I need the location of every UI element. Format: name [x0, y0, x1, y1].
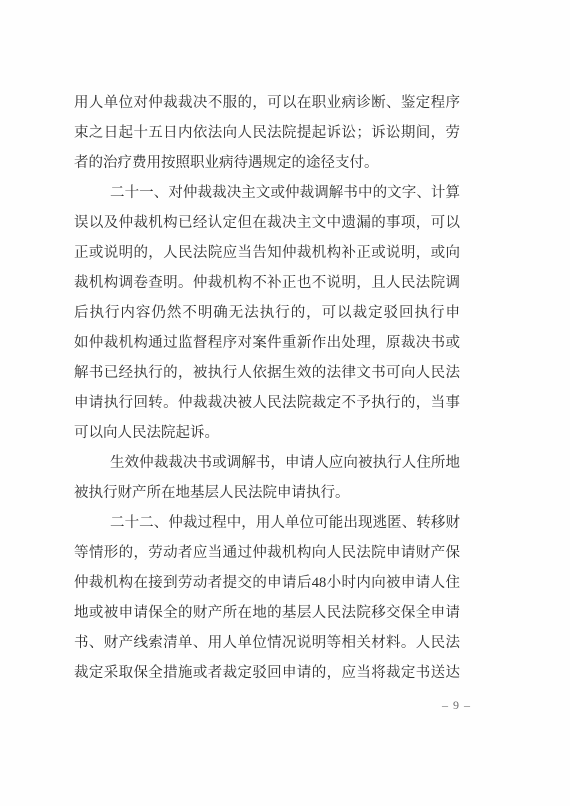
- page-number: – 9 –: [442, 697, 471, 713]
- text-line: 者的治疗费用按照职业病待遇规定的途径支付。: [74, 148, 460, 178]
- text-line: 正或说明的，人民法院应当告知仲裁机构补正或说明，或向仲: [74, 238, 460, 268]
- text-line: 后执行内容仍然不明确无法执行的，可以裁定驳回执行申请。: [74, 298, 460, 328]
- text-line: 申请执行回转。仲裁裁决被人民法院裁定不予执行的，当事人: [74, 388, 460, 418]
- text-line: 裁机构调卷查明。仲裁机构不补正也不说明，且人民法院调卷: [74, 268, 460, 298]
- document-page: 用人单位对仲裁裁决不服的，可以在职业病诊断、鉴定程序结 束之日起十五日内依法向人…: [0, 0, 570, 806]
- document-body: 用人单位对仲裁裁决不服的，可以在职业病诊断、鉴定程序结 束之日起十五日内依法向人…: [74, 88, 460, 688]
- text-line: 用人单位对仲裁裁决不服的，可以在职业病诊断、鉴定程序结: [74, 88, 460, 118]
- text-line: 可以向人民法院起诉。: [74, 418, 460, 448]
- text-line: 如仲裁机构通过监督程序对案件重新作出处理，原裁决书或调: [74, 328, 460, 358]
- text-line: 书、财产线索清单、用人单位情况说明等相关材料。人民法院: [74, 628, 460, 658]
- text-line: 生效仲裁裁决书或调解书，申请人应向被执行人住所地或: [74, 448, 460, 478]
- text-line: 束之日起十五日内依法向人民法院提起诉讼；诉讼期间，劳动: [74, 118, 460, 148]
- text-line: 二十二、仲裁过程中，用人单位可能出现逃匿、转移财产: [74, 508, 460, 538]
- text-line: 被执行财产所在地基层人民法院申请执行。: [74, 478, 460, 508]
- text-line: 等情形的，劳动者应当通过仲裁机构向人民法院申请财产保全，: [74, 538, 460, 568]
- text-line: 地或被申请保全的财产所在地的基层人民法院移交保全申请: [74, 598, 460, 628]
- text-line: 解书已经执行的，被执行人依据生效的法律文书可向人民法院: [74, 358, 460, 388]
- text-line: 裁定采取保全措施或者裁定驳回申请的，应当将裁定书送达当: [74, 658, 460, 688]
- text-line: 仲裁机构在接到劳动者提交的申请后48小时内向被申请人住所: [74, 568, 460, 598]
- text-line: 二十一、对仲裁裁决主文或仲裁调解书中的文字、计算错: [74, 178, 460, 208]
- text-line: 误以及仲裁机构已经认定但在裁决主文中遗漏的事项，可以补: [74, 208, 460, 238]
